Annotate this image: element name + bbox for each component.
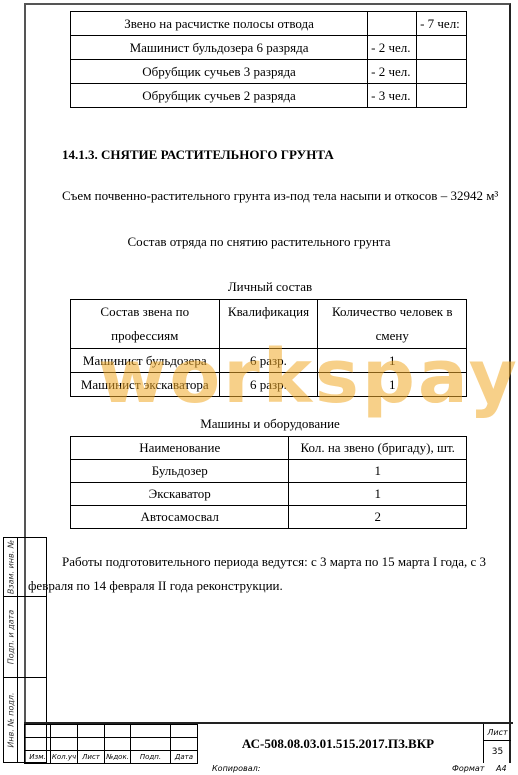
table-row: Бульдозер 1: [71, 460, 467, 483]
table-row: Обрубщик сучьев 3 разряда - 2 чел.: [71, 60, 467, 84]
col-label-qty: Кол.уч: [51, 751, 78, 764]
table-cell: Звено на расчистке полосы отвода: [71, 12, 368, 36]
col-label-doc: №док.: [105, 751, 131, 764]
table-row: Звено на расчистке полосы отвода - 7 чел…: [71, 12, 467, 36]
crew-table: Звено на расчистке полосы отвода - 7 чел…: [70, 11, 467, 108]
side-stamp-label: Подп. и дата: [6, 610, 15, 665]
format-label: Формат: [452, 764, 484, 773]
revision-grid: Изм. Кол.уч Лист №док. Подп. Дата: [24, 724, 198, 764]
col-label-date: Дата: [171, 751, 198, 764]
table-row: Обрубщик сучьев 2 разряда - 3 чел.: [71, 84, 467, 108]
table-cell: - 7 чел:: [417, 12, 467, 36]
machines-caption: Машины и оборудование: [0, 416, 518, 432]
column-header: Количество человек в смену: [318, 300, 467, 349]
table-cell: Машинист бульдозера 6 разряда: [71, 36, 368, 60]
table-cell: [368, 12, 417, 36]
sheet-number: 35: [484, 741, 511, 763]
table-cell: [417, 36, 467, 60]
table-cell: - 2 чел.: [368, 36, 417, 60]
column-header: Кол. на звено (бригаду), шт.: [289, 437, 467, 460]
table-cell: Бульдозер: [71, 460, 289, 483]
column-header: Состав звена по профессиям: [71, 300, 220, 349]
format-value: А4: [496, 764, 507, 773]
personnel-table: Состав звена по профессиям Квалификация …: [70, 299, 467, 397]
side-stamp-label: Инв. № подл.: [6, 692, 15, 747]
table-cell: [417, 60, 467, 84]
table-row: Автосамосвал 2: [71, 506, 467, 529]
copied-label: Копировал:: [212, 764, 260, 773]
col-label-sheet: Лист: [78, 751, 105, 764]
col-label-change: Изм.: [25, 751, 51, 764]
side-stamp-sign-date: Подп. и дата: [3, 596, 47, 678]
side-stamp-label: Взам. инв. №: [6, 540, 15, 594]
table-cell: 1: [318, 349, 467, 373]
col-label-sign: Подп.: [131, 751, 171, 764]
table-row: Машинист бульдозера 6 разр. 1: [71, 349, 467, 373]
section-heading: 14.1.3. СНЯТИЕ РАСТИТЕЛЬНОГО ГРУНТА: [62, 147, 334, 163]
table-cell: Обрубщик сучьев 2 разряда: [71, 84, 368, 108]
machines-table: Наименование Кол. на звено (бригаду), шт…: [70, 436, 467, 529]
table-cell: Автосамосвал: [71, 506, 289, 529]
table-cell: - 2 чел.: [368, 60, 417, 84]
schedule-line-2: февраля по 14 февраля II года реконструк…: [28, 578, 283, 594]
column-header: Квалификация: [219, 300, 318, 349]
table-cell: Обрубщик сучьев 3 разряда: [71, 60, 368, 84]
table-cell: Машинист бульдозера: [71, 349, 220, 373]
table-cell: Экскаватор: [71, 483, 289, 506]
document-code: АС-508.08.03.01.515.2017.ПЗ.ВКР: [197, 724, 479, 763]
table-row: Машинист экскаватора 6 разр. 1: [71, 373, 467, 397]
sheet-label: Лист: [484, 724, 511, 741]
volume-text: Съем почвенно-растительного грунта из-по…: [62, 188, 498, 204]
table-row: Машинист бульдозера 6 разряда - 2 чел.: [71, 36, 467, 60]
table-cell: 6 разр.: [219, 349, 318, 373]
table-header-row: Наименование Кол. на звено (бригаду), шт…: [71, 437, 467, 460]
personnel-caption: Личный состав: [0, 279, 518, 295]
table-header-row: Состав звена по профессиям Квалификация …: [71, 300, 467, 349]
table-cell: 1: [289, 483, 467, 506]
table-cell: 2: [289, 506, 467, 529]
table-cell: 1: [318, 373, 467, 397]
sheet-box: Лист 35: [483, 724, 511, 763]
side-stamp-replaced-inv: Взам. инв. №: [3, 537, 47, 597]
table-cell: 6 разр.: [219, 373, 318, 397]
table-cell: - 3 чел.: [368, 84, 417, 108]
crew-title: Состав отряда по снятию растительного гр…: [0, 234, 518, 250]
table-cell: 1: [289, 460, 467, 483]
table-row: Экскаватор 1: [71, 483, 467, 506]
column-header: Наименование: [71, 437, 289, 460]
table-cell: Машинист экскаватора: [71, 373, 220, 397]
schedule-line-1: Работы подготовительного периода ведутся…: [62, 554, 486, 570]
table-cell: [417, 84, 467, 108]
title-block: Изм. Кол.уч Лист №док. Подп. Дата АС-508…: [24, 722, 513, 763]
